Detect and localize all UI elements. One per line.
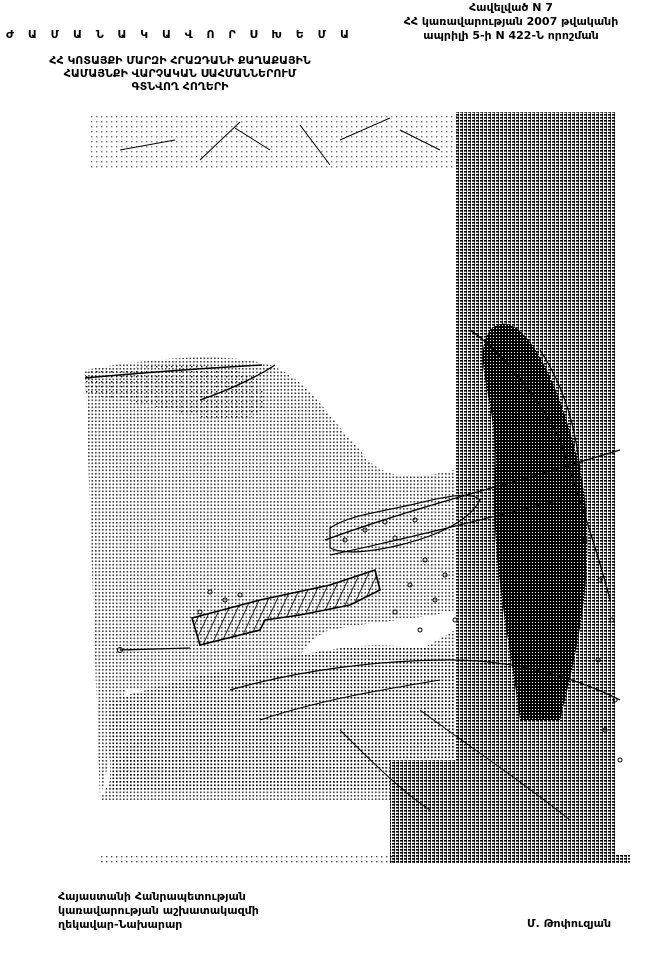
dotted-area <box>85 357 455 800</box>
signer-line: կառավարության աշխատակազմի <box>58 904 259 918</box>
signer-line: ղեկավար-Նախարար <box>58 918 259 932</box>
bottom-scatter <box>100 855 630 865</box>
top-scatter <box>90 115 460 170</box>
halftone-map <box>0 0 654 955</box>
signature-name: Մ. Թոփուզյան <box>527 917 611 930</box>
signer-block: Հայաստանի Հանրապետության կառավարության ա… <box>58 890 259 932</box>
signer-line: Հայաստանի Հանրապետության <box>58 890 259 904</box>
